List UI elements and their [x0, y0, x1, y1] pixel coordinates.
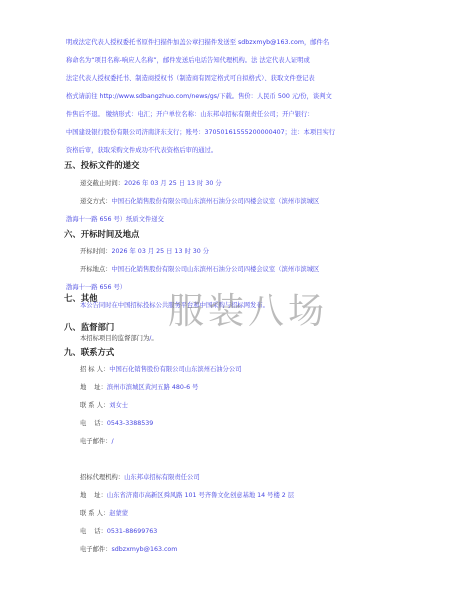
intro-line: 中国建设银行股份有限公司济南济东支行；账号：370501615552000004…	[66, 124, 335, 142]
intro-line: 称命名为“项目名称-响应人名称”，邮件发送后电话告知代理机构。法 法定代表人证明…	[66, 52, 310, 70]
section-heading-submission: 五、投标文件的递交	[64, 158, 139, 173]
supervision-label: 本招标项目的监督部门为	[80, 335, 149, 342]
opening-place-value: 中国石化销售股份有限公司山东滨州石油分公司四楼会议室（滨州市滨城区	[111, 266, 319, 273]
opening-place-label: 开标地点：	[80, 266, 111, 273]
tenderer-phone: 0543-3388539	[107, 420, 153, 427]
agency-email-row: 电子邮件：sdbzxmyb@163.com	[80, 541, 177, 559]
intro-line: 格式请前往 http://www.sdbangzhuo.com/news/gs/…	[66, 88, 332, 106]
submission-method-label: 递交方式：	[80, 198, 111, 205]
agency-name-row: 招标代理机构：山东邦卓招标有限责任公司	[80, 469, 200, 487]
tenderer-address: 滨州市滨城区黄河五路 480-6 号	[107, 384, 199, 391]
tenderer-email: /	[111, 438, 113, 445]
tenderer-contact: 刘女士	[109, 402, 128, 409]
intro-line: 资格后审，获取采购文件成功不代表资格后审的通过。	[66, 142, 217, 160]
agency-email[interactable]: sdbzxmyb@163.com	[111, 546, 177, 553]
agency-contact: 赵蒙蒙	[109, 510, 128, 517]
tenderer-name: 中国石化销售股份有限公司山东滨州石油分公司	[109, 366, 241, 373]
agency-contact-row: 联 系 人：赵蒙蒙	[80, 505, 128, 523]
agency-name: 山东邦卓招标有限责任公司	[124, 474, 200, 481]
tenderer-email-row: 电子邮件：/	[80, 433, 114, 451]
tenderer-address-row: 地 址：滨州市滨城区黄河五路 480-6 号	[80, 379, 198, 397]
tenderer-phone-row: 电 话：0543-3388539	[80, 415, 153, 433]
submission-method-value: 中国石化销售股份有限公司山东滨州石油分公司四楼会议室（滨州市滨城区	[111, 198, 319, 205]
opening-time-value: 2026 年 03 月 25 日 13 时 30 分	[111, 248, 209, 255]
intro-line: 明或法定代表人授权委托书原件扫描件加盖公章扫描件发送至 sdbzxmyb@163…	[66, 34, 329, 52]
deadline-label: 递交截止时间：	[80, 180, 124, 187]
section-heading-contact: 九、联系方式	[64, 345, 114, 360]
intro-line: 法定代表人授权委托书、制造商授权书（制造商有固定格式可自拟格式）、获取文件登记表	[66, 70, 315, 88]
deadline-value: 2026 年 03 月 25 日 13 时 30 分	[124, 180, 222, 187]
submission-method-value-cont: 渤海十一路 656 号）纸质文件递交	[66, 211, 164, 229]
section-heading-opening: 六、开标时间及地点	[64, 227, 139, 242]
agency-address: 山东省济南市高新区舜风路 101 号齐鲁文化创意基地 14 号楼 2 层	[107, 492, 294, 499]
agency-phone-row: 电 话：0531-88699763	[80, 523, 157, 541]
tenderer-name-row: 招 标 人：中国石化销售股份有限公司山东滨州石油分公司	[80, 361, 241, 379]
intro-line: 件售后不退。 缴纳形式：电汇；开户单位名称：山东邦卓招标有限责任公司；开户银行：	[66, 106, 314, 124]
opening-time-label: 开标时间：	[80, 248, 111, 255]
agency-phone: 0531-88699763	[107, 528, 157, 535]
other-text: 本公告同时在中国招标投标公共服务平台和中国采购与招标网发布。	[80, 297, 269, 315]
tenderer-contact-row: 联 系 人：刘女士	[80, 397, 128, 415]
agency-address-row: 地 址：山东省济南市高新区舜风路 101 号齐鲁文化创意基地 14 号楼 2 层	[80, 487, 294, 505]
